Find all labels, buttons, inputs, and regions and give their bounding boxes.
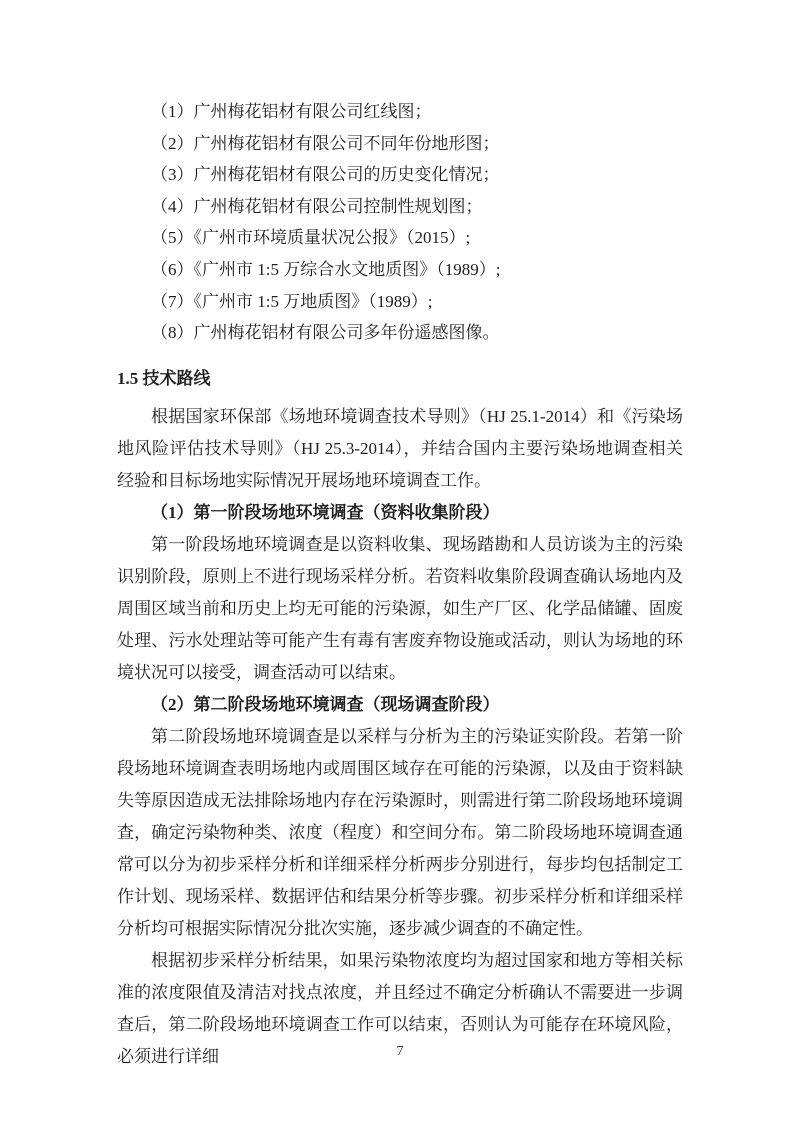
reference-list-item: （1）广州梅花铝材有限公司红线图； [117,96,683,128]
reference-list: （1）广州梅花铝材有限公司红线图； （2）广州梅花铝材有限公司不同年份地形图； … [117,96,683,349]
reference-list-item: （3）广州梅花铝材有限公司的历史变化情况； [117,159,683,191]
reference-list-item: （7）《广州市 1:5 万地质图》（1989）; [117,286,683,318]
stage2-paragraph-1: 第二阶段场地环境调查是以采样与分析为主的污染证实阶段。若第一阶段场地环境调查表明… [117,721,683,945]
document-page: （1）广州梅花铝材有限公司红线图； （2）广州梅花铝材有限公司不同年份地形图； … [0,0,800,1131]
stage1-subheading: （1）第一阶段场地环境调查（资料收集阶段） [117,497,683,529]
reference-list-item: （2）广州梅花铝材有限公司不同年份地形图； [117,128,683,160]
intro-paragraph: 根据国家环保部《场地环境调查技术导则》（HJ 25.1-2014）和《污染场地风… [117,401,683,497]
reference-list-item: （6）《广州市 1:5 万综合水文地质图》（1989）; [117,254,683,286]
stage1-paragraph: 第一阶段场地环境调查是以资料收集、现场踏勘和人员访谈为主的污染识别阶段，原则上不… [117,529,683,689]
reference-list-item: （8）广州梅花铝材有限公司多年份遥感图像。 [117,317,683,349]
reference-list-item: （4）广州梅花铝材有限公司控制性规划图； [117,191,683,223]
section-heading: 1.5 技术路线 [117,363,683,395]
stage2-subheading: （2）第二阶段场地环境调查（现场调查阶段） [117,689,683,721]
page-content: （1）广州梅花铝材有限公司红线图； （2）广州梅花铝材有限公司不同年份地形图； … [117,96,683,1073]
page-number: 7 [0,1044,800,1060]
reference-list-item: （5）《广州市环境质量状况公报》（2015）; [117,222,683,254]
